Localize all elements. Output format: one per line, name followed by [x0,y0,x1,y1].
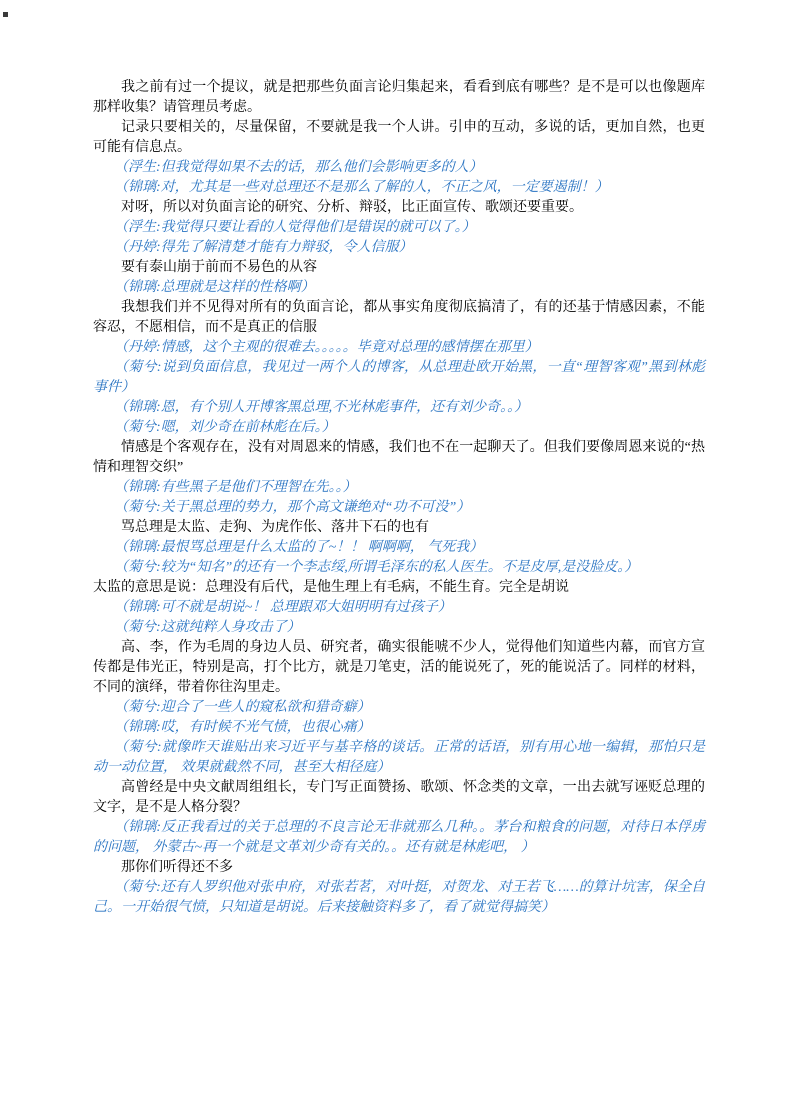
document-page: 我之前有过一个提议，就是把那些负面言论归集起来，看看到底有哪些？是不是可以也像题… [0,0,800,1100]
chat-line: （菊兮:还有人罗织他对张申府，对张若茗，对叶挺，对贺龙、对王若飞……的算计坑害，… [93,878,705,918]
page-corner-mark [3,12,8,17]
document-text-area: 我之前有过一个提议，就是把那些负面言论归集起来，看看到底有哪些？是不是可以也像题… [93,78,705,918]
chat-line: （锦璃:总理就是这样的性格啊） [93,278,705,298]
chat-line: （锦璃:反正我看过的关于总理的不良言论无非就那么几种。。茅台和粮食的问题，对待日… [93,818,705,858]
chat-line: （浮生:但我觉得如果不去的话，那么他们会影响更多的人） [93,158,705,178]
body-paragraph: 我之前有过一个提议，就是把那些负面言论归集起来，看看到底有哪些？是不是可以也像题… [93,78,705,118]
chat-line: （锦璃:可不就是胡说~！ 总理跟邓大姐明明有过孩子） [93,598,705,618]
chat-line: （菊兮:迎合了一些人的窥私欲和猎奇癖） [93,698,705,718]
chat-line: （菊兮:这就纯粹人身攻击了） [93,618,705,638]
body-paragraph: 对呀，所以对负面言论的研究、分析、辩驳，比正面宣传、歌颂还要重要。 [93,198,705,218]
chat-line: （菊兮:嗯，刘少奇在前林彪在后。） [93,418,705,438]
chat-line: （菊兮:说到负面信息，我见过一两个人的博客，从总理赴欧开始黑，一直“理智客观”黑… [93,358,705,398]
chat-line: （菊兮:就像昨天谁贴出来习近平与基辛格的谈话。正常的话语，别有用心地一编辑，那怕… [93,738,705,778]
chat-line: （锦璃:恩，有个别人开博客黑总理,不光林彪事件，还有刘少奇。。） [93,398,705,418]
chat-line: （丹婷:得先了解清楚才能有力辩驳，令人信服） [93,238,705,258]
body-paragraph: 太监的意思是说：总理没有后代，是他生理上有毛病，不能生育。完全是胡说 [93,578,705,598]
chat-line: （菊兮:关于黑总理的势力，那个高文谦绝对“功不可没”） [93,498,705,518]
chat-line: （锦璃:对，尤其是一些对总理还不是那么了解的人，不正之风，一定要遏制！） [93,178,705,198]
body-paragraph: 要有泰山崩于前而不易色的从容 [93,258,705,278]
body-paragraph: 情感是个客观存在，没有对周恩来的情感，我们也不在一起聊天了。但我们要像周恩来说的… [93,438,705,478]
body-paragraph: 我想我们并不见得对所有的负面言论，都从事实角度彻底搞清了，有的还基于情感因素，不… [93,298,705,338]
body-paragraph: 那你们听得还不多 [93,858,705,878]
chat-line: （锦璃:有些黑子是他们不理智在先。。） [93,478,705,498]
body-paragraph: 记录只要相关的，尽量保留，不要就是我一个人讲。引申的互动，多说的话，更加自然，也… [93,118,705,158]
body-paragraph: 高曾经是中央文献周组组长，专门写正面赞扬、歌颂、怀念类的文章，一出去就写诬贬总理… [93,778,705,818]
chat-line: （菊兮:较为“知名”的还有一个李志绥,所谓毛泽东的私人医生。不是皮厚,是没脸皮。… [93,558,705,578]
chat-line: （锦璃:哎，有时候不光气愤，也很心痛） [93,718,705,738]
chat-line: （丹婷:情感，这个主观的很难去。。。。。毕竟对总理的感情摆在那里） [93,338,705,358]
body-paragraph: 高、李，作为毛周的身边人员、研究者，确实很能唬不少人，觉得他们知道些内幕，而官方… [93,638,705,698]
chat-line: （锦璃:最恨骂总理是什么太监的了~！！ 啊啊啊， 气死我） [93,538,705,558]
body-paragraph: 骂总理是太监、走狗、为虎作伥、落井下石的也有 [93,518,705,538]
chat-line: （浮生:我觉得只要让看的人觉得他们是错误的就可以了。） [93,218,705,238]
